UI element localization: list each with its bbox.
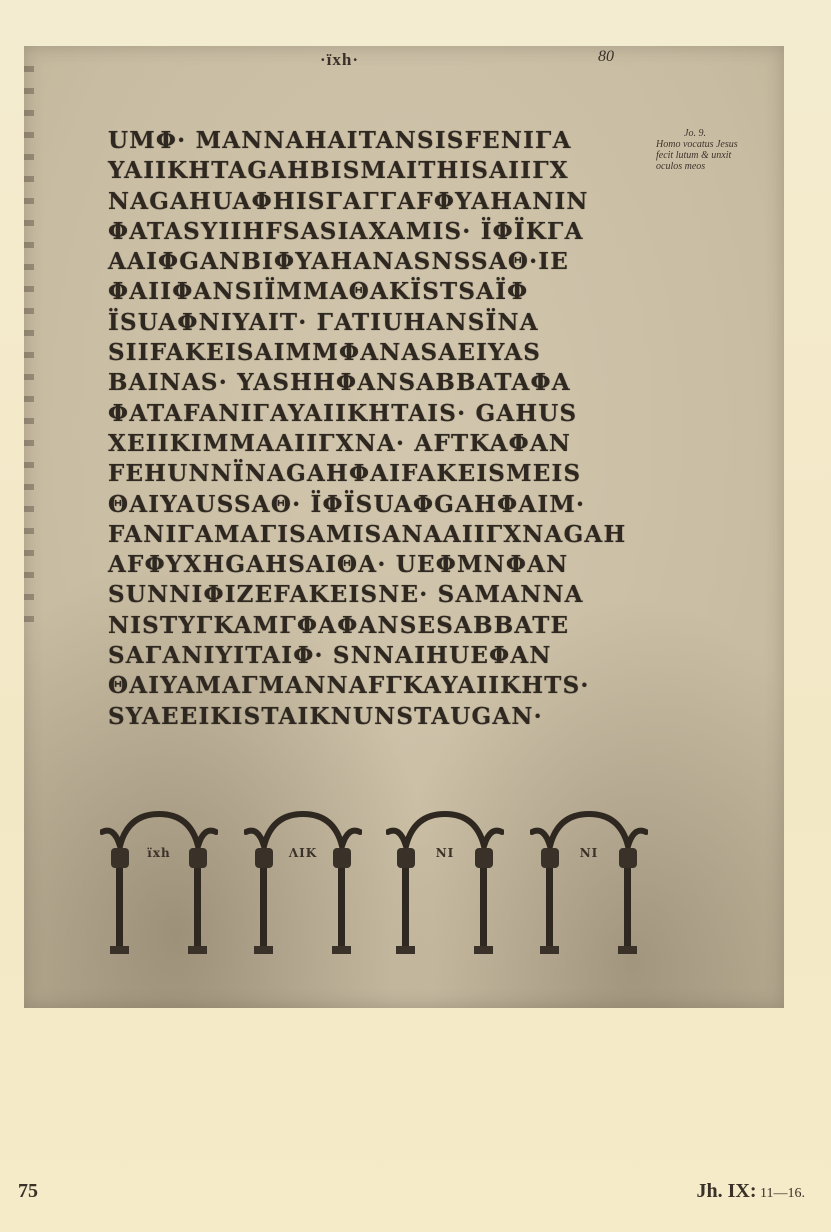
arcade: ΛΙΚ <box>244 810 362 960</box>
text-line: XEIIKIMMAAIIΓXNA· AFTKAΦAN <box>108 429 668 459</box>
arcade: ΝΙ <box>530 810 648 960</box>
text-line: FEHUNNÏNAGAHΦAIFAKEISMEIS <box>108 459 668 489</box>
arch-columns-icon <box>100 810 218 960</box>
margin-gloss: Jo. 9. Homo vocatus Jesus fecit lutum & … <box>656 128 786 172</box>
arcade: ΝΙ <box>386 810 504 960</box>
gloss-line: fecit lutum & unxit <box>656 150 786 161</box>
gloss-reference: Jo. 9. <box>656 128 786 139</box>
text-line: BAINAS· YASHHΦANSABBATAΦA <box>108 368 668 398</box>
manuscript-text: UMΦ· MANNAHAITANSISFENIΓA YAIIKHTAGAHBIS… <box>108 126 668 732</box>
folio-mark: ·ïxh· <box>320 50 359 70</box>
arcade-label: ΝΙ <box>530 846 648 860</box>
text-line: UMΦ· MANNAHAITANSISFENIΓA <box>108 126 668 156</box>
text-line: SUNNIΦIZEFAKEISNE· SAMANNA <box>108 580 668 610</box>
arch-columns-icon <box>386 810 504 960</box>
text-line: NISTYΓKAMΓΦAΦANSESABBATE <box>108 611 668 641</box>
canon-table-arcades: ïxh ΛΙΚ ΝΙ <box>96 810 656 970</box>
arcade-label: ΝΙ <box>386 846 504 860</box>
gloss-line: Homo vocatus Jesus <box>656 139 786 150</box>
arcade: ïxh <box>100 810 218 960</box>
manuscript-photograph: ·ïxh· 80 Jo. 9. Homo vocatus Jesus fecit… <box>24 46 784 1008</box>
text-line: AFΦYXHGAHSAIΘA· UEΦMNΦAN <box>108 550 668 580</box>
arch-columns-icon <box>530 810 648 960</box>
reference-book-chapter: Jh. IX: <box>697 1180 757 1202</box>
scripture-reference: Jh. IX: 11—16. <box>697 1180 806 1203</box>
damaged-left-margin <box>24 66 34 626</box>
arch-columns-icon <box>244 810 362 960</box>
text-line: ΦAIIΦANSIÏMMAΘAKÏSTSAÏΦ <box>108 277 668 307</box>
text-line: ΘAIYAMAΓMANNAFΓKAYAIIKHTS· <box>108 671 668 701</box>
text-line: SIIFAKEISAIMMΦANASAEIYAS <box>108 338 668 368</box>
folio-number: 80 <box>598 48 614 66</box>
text-line: ΦATAFANIΓAYAIIKHTAIS· GAHUS <box>108 399 668 429</box>
text-line: ΘAIYAUSSAΘ· ÏΦÏSUAΦGAHΦAIM· <box>108 490 668 520</box>
gloss-line: oculos meos <box>656 161 786 172</box>
text-line: FANIΓAMAΓISAMISANAAIIΓXNAGAH <box>108 520 668 550</box>
text-line: AAIΦGANBIΦYAHANASNSSAΘ·IE <box>108 247 668 277</box>
arcade-label: ïxh <box>100 846 218 860</box>
text-line: SYAEEIKISTAIKNUNSTAUGAN· <box>108 702 668 732</box>
text-line: ΦATASYIIHFSASIAXAMIS· ÏΦÏKΓA <box>108 217 668 247</box>
arcade-label: ΛΙΚ <box>244 846 362 860</box>
text-line: ÏSUAΦNIYAIT· ΓATIUHANSÏNA <box>108 308 668 338</box>
text-line: NAGAHUAΦHISΓAΓΓAFΦYAHANIN <box>108 187 668 217</box>
page-number: 75 <box>18 1180 38 1203</box>
reference-verses: 11—16. <box>757 1186 805 1201</box>
text-line: SAΓANIYITAIΦ· SNNAIHUEΦAN <box>108 641 668 671</box>
text-line: YAIIKHTAGAHBISMAITHISAIIΓX <box>108 156 668 186</box>
